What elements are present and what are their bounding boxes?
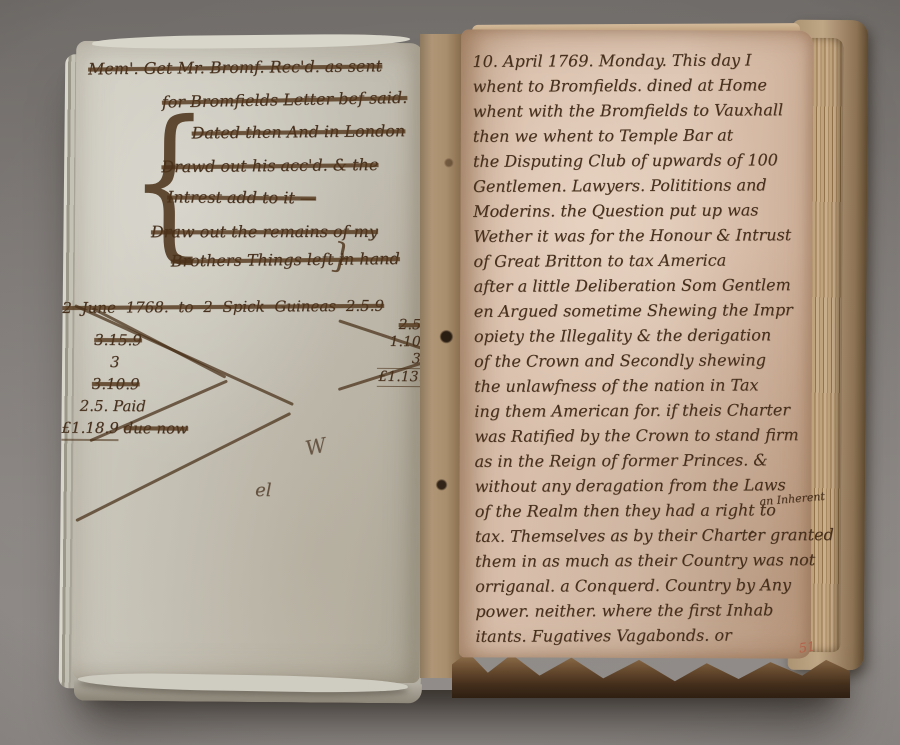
diary-entry-line: ing them American for. if theis Charter: [474, 397, 808, 424]
memo-block: Mem'. Get Mr. Bromf. Rec'd. as sent for …: [72, 41, 424, 683]
diary-entry-line: then we whent to Temple Bar at: [473, 122, 807, 149]
diary-entry-line: them in as much as their Country was not: [475, 547, 809, 574]
diary-entry-line: Moderins. the Question put up was: [473, 197, 807, 224]
diary-entry: 10. April 1769. Monday. This day I whent…: [472, 47, 809, 649]
closing-brace-mark: }: [327, 235, 357, 279]
diary-entry-line: of the Crown and Secondly shewing: [474, 347, 808, 374]
diary-entry-line: was Ratified by the Crown to stand firm: [474, 422, 808, 449]
memo-line: Mem'. Get Mr. Bromf. Rec'd. as sent: [88, 56, 382, 78]
diary-entry-line: the unlawfness of the nation in Tax: [474, 372, 808, 399]
diary-entry-line: itants. Fugatives Vagabonds. or: [475, 622, 809, 649]
diary-entry-line: Wether it was for the Honour & Intrust: [473, 222, 807, 249]
diary-entry-line: orriganal. a Conquerd. Country by Any: [475, 572, 809, 599]
left-page: Mem'. Get Mr. Bromf. Rec'd. as sent for …: [72, 41, 424, 683]
account-figure: 3: [110, 351, 189, 374]
diary-entry-line: after a little Deliberation Som Gentlem: [474, 272, 808, 299]
diary-entry-line: whent with the Bromfields to Vauxhall: [473, 97, 807, 124]
diary-entry-line: opiety the Illegality & the derigation: [474, 322, 808, 349]
brace-mark: {: [129, 99, 210, 265]
diary-entry-line: power. neither. where the first Inhab: [475, 597, 809, 624]
account-left-column: 3.15.9 3 3.10.9 2.5. Paid £1.18.9 due no…: [73, 329, 188, 442]
account-total: £1.18.9: [61, 417, 118, 441]
diary-entry-line: whent to Bromfields. dined at Home: [473, 72, 807, 99]
memo-line: Dated then And in London: [192, 121, 406, 142]
diary-entry-line: as in the Reign of former Princes. &: [475, 447, 809, 474]
diary-entry-line: tax. Themselves as by their Charter gran…: [475, 522, 809, 549]
account-header-line: 2 June 1768. to 2 Spick Guineas 2.5.9: [62, 297, 384, 317]
stray-ink-mark: W: [303, 433, 328, 461]
diary-entry-line: 10. April 1769. Monday. This day I: [472, 47, 806, 74]
caret-mark: ^: [747, 528, 757, 542]
diary-entry-line: the Disputing Club of upwards of 100: [473, 147, 807, 174]
diary-entry-line: of Great Britton to tax America: [473, 247, 807, 274]
right-page: 10. April 1769. Monday. This day I whent…: [459, 29, 813, 658]
page-number: 51: [798, 640, 816, 657]
photo-backdrop: Mem'. Get Mr. Bromf. Rec'd. as sent for …: [0, 0, 900, 745]
diary-entry-line: en Argued sometime Shewing the Impr: [474, 297, 808, 324]
account-figure: 3.10.9: [92, 373, 189, 396]
stray-ink-mark: el: [255, 480, 272, 501]
diary-entry-line: Gentlemen. Lawyers. Polititions and: [473, 172, 807, 199]
